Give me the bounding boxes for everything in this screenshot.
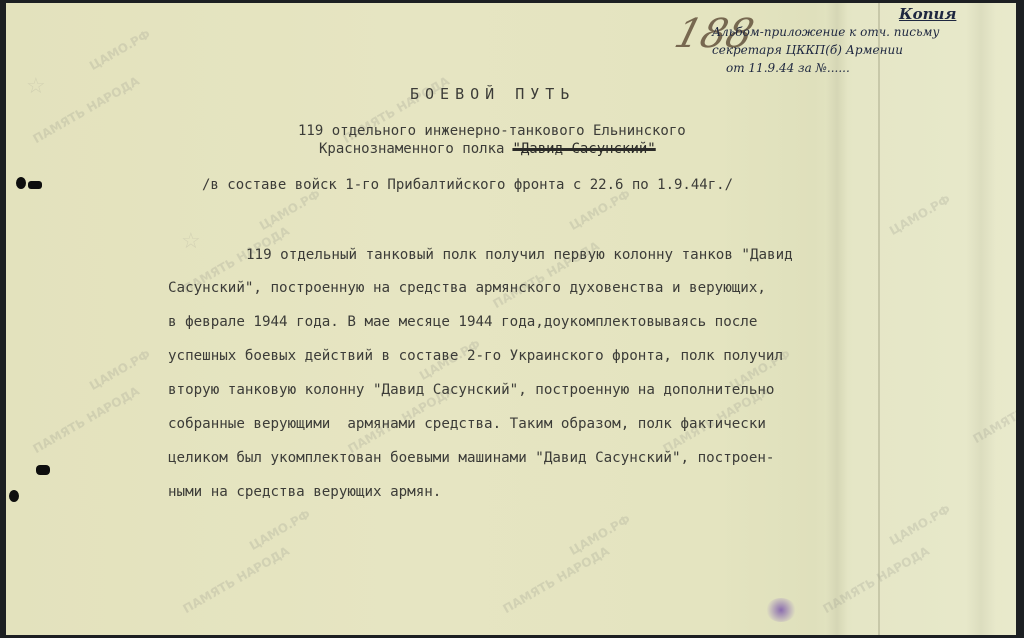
- handwritten-note-line: Альбом-приложение к отч. письму: [712, 25, 939, 39]
- watermark-star-icon: ☆: [26, 73, 46, 99]
- watermark-project: ПАМЯТЬ НАРОДА: [31, 384, 142, 456]
- watermark-project: ПАМЯТЬ НАРОДА: [501, 544, 612, 616]
- paper-fold: [826, 3, 848, 635]
- watermark-project: ПАМЯТЬ НАРОДА: [31, 74, 142, 146]
- struck-out-text: "Давид Сасунский": [512, 141, 655, 157]
- ink-stain: [766, 598, 796, 622]
- document-subtitle: 119 отдельного инженерно-танкового Ельни…: [298, 123, 686, 139]
- body-line: успешных боевых действий в составе 2-го …: [168, 348, 783, 364]
- service-period: /в составе войск 1-го Прибалтийского фро…: [202, 177, 733, 193]
- punch-hole: [9, 490, 19, 502]
- document-title: БОЕВОЙ ПУТЬ: [410, 85, 575, 103]
- subtitle-text: Краснознаменного полка: [319, 141, 504, 157]
- watermark-archive: ЦАМО.РФ: [887, 502, 953, 548]
- body-line: Сасунский", построенную на средства армя…: [168, 280, 766, 296]
- handwritten-note-line: секретаря ЦККП(б) Армении: [712, 43, 903, 57]
- watermark-archive: ЦАМО.РФ: [87, 347, 153, 393]
- body-line: в феврале 1944 года. В мае месяце 1944 г…: [168, 314, 757, 330]
- body-line: собранные верующими армянами средства. Т…: [168, 416, 766, 432]
- document-page: ЦАМО.РФ ПАМЯТЬ НАРОДА ☆ ПАМЯТЬ НАРОДА ЦА…: [6, 3, 1016, 635]
- body-line: ными на средства верующих армян.: [168, 484, 441, 500]
- document-subtitle: Краснознаменного полка"Давид Сасунский": [319, 141, 656, 157]
- body-line: целиком был укомплектован боевыми машина…: [168, 450, 774, 466]
- paper-fold-line: [878, 3, 880, 635]
- watermark-archive: ЦАМО.РФ: [567, 187, 633, 233]
- copy-mark: Копия: [899, 5, 956, 23]
- punch-hole: [28, 181, 42, 189]
- punch-hole: [16, 177, 26, 189]
- watermark-archive: ЦАМО.РФ: [257, 187, 323, 233]
- punch-hole: [36, 465, 50, 475]
- body-line: вторую танковую колонну "Давид Сасунский…: [168, 382, 774, 398]
- watermark-star-icon: ☆: [181, 228, 201, 254]
- paper-fold: [966, 3, 996, 635]
- handwritten-note-line: от 11.9.44 за №......: [726, 61, 850, 75]
- watermark-archive: ЦАМО.РФ: [887, 192, 953, 238]
- watermark-project: ПАМЯТЬ НАРОДА: [181, 544, 292, 616]
- body-line: 119 отдельный танковый полк получил перв…: [246, 247, 793, 263]
- watermark-archive: ЦАМО.РФ: [87, 27, 153, 73]
